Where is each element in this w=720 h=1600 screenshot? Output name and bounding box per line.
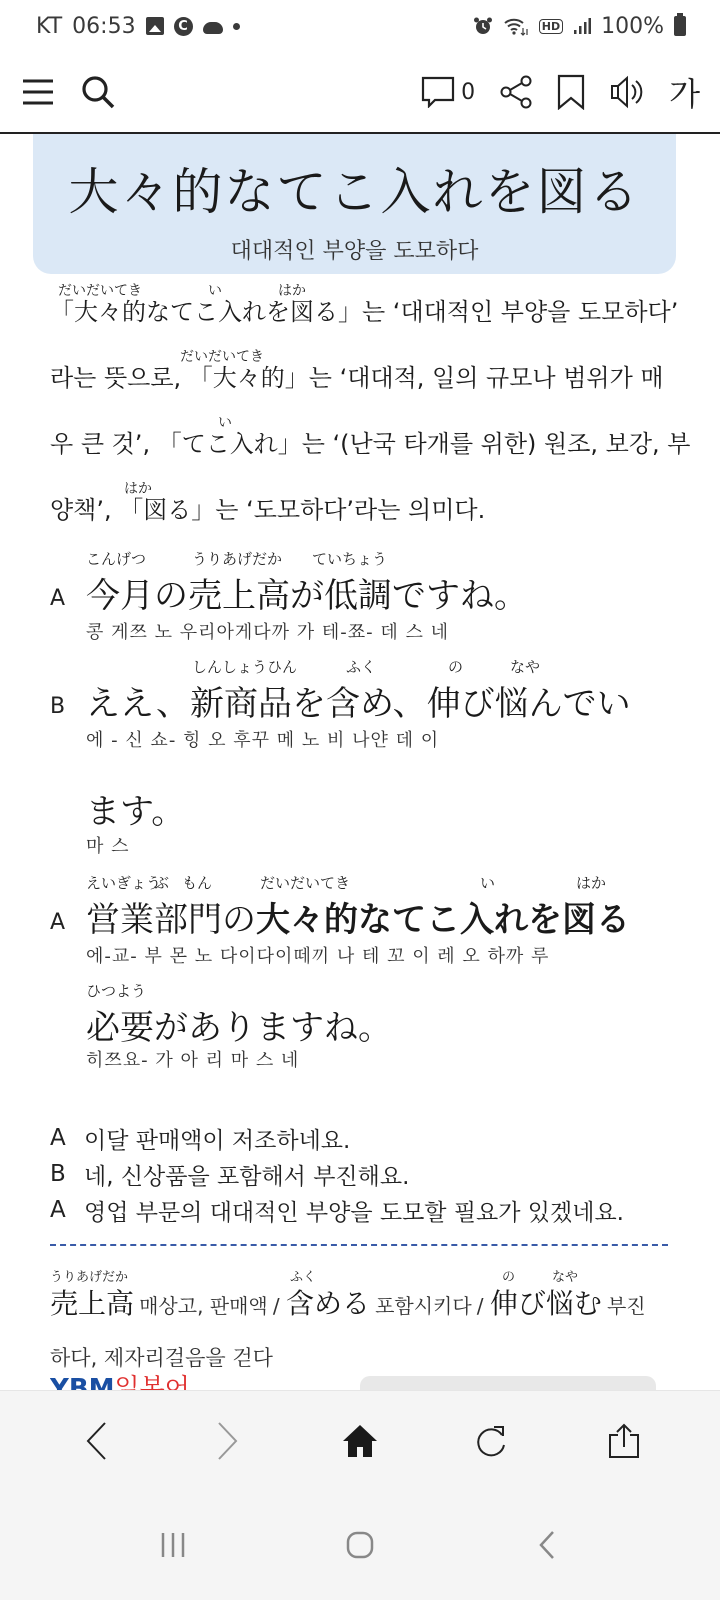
vocab-word: 伸び悩む	[490, 1287, 602, 1320]
vocab-separator: /	[273, 1294, 286, 1318]
hd-voice-icon: HD	[539, 19, 563, 34]
text-to-speech-button[interactable]	[609, 74, 645, 110]
dialog-translation: A 이달 판매액이 저조하네요. B 네, 신상품을 포함해서 부진해요. A …	[50, 1120, 680, 1228]
furigana: ていちょう	[312, 548, 387, 569]
battery-icon	[674, 16, 686, 36]
furigana: だいだいてき	[180, 350, 264, 364]
title-japanese: 大々的なてこ入れを図る	[33, 152, 676, 224]
japanese-sentence: 営業部門の大々的なてこ入れを図る	[86, 892, 630, 941]
intro-line: だいだいてき 라는 뜻으로, 「大々的」는 ‘대대적, 일의 규모나 범위가 매	[50, 346, 670, 412]
furigana: ふく	[346, 656, 376, 677]
translation-row: A 이달 판매액이 저조하네요.	[50, 1120, 680, 1156]
japanese-sentence: ます。	[86, 784, 185, 833]
intro-line: だいだいてき い はか 「大々的なてこ入れを図る」는 ‘대대적인 부양을 도모하…	[50, 280, 670, 346]
furigana: こんげつ	[86, 548, 146, 569]
speaker-label: B	[50, 1161, 84, 1187]
menu-button[interactable]	[22, 78, 54, 106]
furigana: はか	[124, 482, 152, 496]
more-notifications-dot-icon	[233, 23, 240, 30]
translation-text: 이달 판매액이 저조하네요.	[84, 1122, 350, 1155]
recent-apps-icon	[159, 1530, 187, 1560]
pronunciation: 콩 게쯔 노 우리아게다까 가 테-쬬- 데 스 네	[86, 618, 449, 644]
japanese-sentence: 今月の売上高が低調ですね。	[86, 568, 528, 617]
speaker-label: A	[50, 1197, 84, 1223]
japanese-sentence: ええ、新商品を含め、伸び悩んでい	[86, 676, 631, 725]
intro-text: 라는 뜻으로, 「大々的」는 ‘대대적, 일의 규모나 범위가 매	[50, 364, 664, 392]
carrier: KT	[36, 14, 62, 39]
furigana: だいだいてき	[58, 284, 142, 298]
clock: 06:53	[72, 14, 135, 39]
reload-icon	[476, 1423, 508, 1459]
dialog-turn: A えいぎょう ぶ もん だいだいてき い はか 営業部門の大々的なてこ入れを図…	[50, 872, 670, 1072]
japanese-sentence: 必要がありますね。	[86, 1000, 392, 1049]
chevron-right-icon	[217, 1421, 239, 1461]
alarm-icon	[473, 16, 493, 36]
dialog-turn: A こんげつ うりあげだか ていちょう 今月の売上高が低調ですね。 콩 게쯔 노…	[50, 548, 670, 648]
furigana: い	[480, 872, 495, 893]
vocabulary-section: うりあげだか ふく の なや 売上高 매상고, 판매액 / 含める 포함시키다 …	[50, 1262, 680, 1372]
intro-text: 양책’, 「図る」는 ‘도모하다’라는 의미다.	[50, 496, 485, 524]
comment-count: 0	[461, 80, 475, 105]
intro-text: 우 큰 것’, 「てこ入れ」는 ‘(난국 타개를 위한) 원조, 보강, 부	[50, 430, 690, 458]
intro-text: 「大々的なてこ入れを図る」는 ‘대대적인 부양을 도모하다’	[50, 298, 678, 326]
signal-icon	[573, 17, 591, 35]
speaker-label: B	[50, 694, 65, 719]
search-button[interactable]	[80, 74, 116, 110]
sentence-highlight: 大々的なてこ入れを図る	[256, 900, 630, 940]
system-back-icon	[538, 1530, 556, 1560]
furigana: しんしょうひん	[192, 656, 297, 677]
ybm-logo[interactable]: YBM일본어	[50, 1374, 190, 1390]
home-button[interactable]	[330, 1411, 390, 1471]
reload-button[interactable]	[462, 1411, 522, 1471]
share-icon	[499, 75, 533, 109]
dialog-turn: B しんしょうひん ふく の なや ええ、新商品を含め、伸び悩んでい 에 - 신…	[50, 656, 670, 856]
logo-text: 일본어	[115, 1374, 190, 1390]
vocab-meaning: 매상고, 판매액	[139, 1294, 268, 1318]
intro-paragraph: だいだいてき い はか 「大々的なてこ入れを図る」는 ‘대대적인 부양을 도모하…	[50, 280, 670, 544]
furigana: なや	[510, 656, 540, 677]
system-home-button[interactable]	[330, 1515, 390, 1575]
expression-title-card: 大々的なてこ入れを図る 대대적인 부양을 도모하다	[33, 134, 676, 274]
pronunciation: 에 - 신 쇼- 힝 오 후꾸 메 노 비 나얀 데 이	[86, 726, 439, 752]
share-button[interactable]	[499, 75, 533, 109]
chevron-left-icon	[85, 1421, 107, 1461]
font-size-button[interactable]: 가	[669, 69, 700, 115]
cloud-icon	[203, 22, 223, 34]
speaker-label: A	[50, 910, 65, 935]
logo-text: YBM	[50, 1374, 115, 1390]
intro-line: はか 양책’, 「図る」는 ‘도모하다’라는 의미다.	[50, 478, 670, 544]
furigana: はか	[576, 872, 606, 893]
bookmark-icon	[557, 74, 585, 110]
bookmark-button[interactable]	[557, 74, 585, 110]
translation-row: A 영업 부문의 대대적인 부양을 도모할 필요가 있겠네요.	[50, 1192, 680, 1228]
furigana: はか	[278, 284, 306, 298]
furigana: だいだいてき	[260, 872, 350, 893]
furigana: い	[208, 284, 222, 298]
intro-line: い 우 큰 것’, 「てこ入れ」는 ‘(난국 타개를 위한) 원조, 보강, 부	[50, 412, 670, 478]
furigana: い	[218, 416, 232, 430]
furigana: えいぎょう	[86, 872, 161, 893]
hamburger-menu-icon	[22, 78, 54, 106]
translation-row: B 네, 신상품을 포함해서 부진해요.	[50, 1156, 680, 1192]
system-back-button[interactable]	[517, 1515, 577, 1575]
speaker-label: A	[50, 1125, 84, 1151]
furigana: もん	[182, 872, 212, 893]
vocabulary-line: うりあげだか ふく の なや 売上高 매상고, 판매액 / 含める 포함시키다 …	[50, 1262, 680, 1322]
related-link-button[interactable]	[360, 1376, 656, 1390]
furigana: の	[502, 1266, 515, 1285]
app-notification-icon: C	[174, 17, 193, 36]
back-button[interactable]	[66, 1411, 126, 1471]
furigana: うりあげだか	[192, 548, 282, 569]
pronunciation: 에-교- 부 몬 노 다이다이떼끼 나 테 꼬 이 레 오 하까 루	[86, 942, 549, 968]
furigana: ひつよう	[86, 980, 146, 1001]
comments-button[interactable]: 0	[421, 76, 475, 108]
forward-button[interactable]	[198, 1411, 258, 1471]
sentence-plain: 営業部門の	[86, 900, 256, 940]
vocab-separator: /	[477, 1294, 490, 1318]
furigana: の	[448, 656, 463, 677]
battery-percent: 100%	[601, 14, 664, 39]
home-circle-icon	[345, 1530, 375, 1560]
vocab-meaning: 포함시키다	[375, 1294, 472, 1318]
article-toolbar: 0 가	[0, 52, 720, 134]
footer-peek: YBM일본어	[50, 1374, 670, 1390]
furigana: ぶ	[154, 872, 169, 893]
pronunciation: 히쯔요- 가 아 리 마 스 네	[86, 1046, 299, 1072]
vocab-meaning: 부진	[607, 1294, 646, 1318]
home-icon	[342, 1424, 378, 1458]
translation-text: 네, 신상품을 포함해서 부진해요.	[84, 1158, 409, 1191]
browser-toolbar	[0, 1390, 720, 1490]
furigana: ふく	[290, 1266, 316, 1285]
speaker-label: A	[50, 586, 65, 611]
comment-icon	[421, 76, 455, 108]
vocab-word: 売上高	[50, 1287, 134, 1320]
share-page-button[interactable]	[594, 1411, 654, 1471]
gallery-notification-icon	[146, 17, 164, 35]
vocab-word: 含める	[286, 1287, 370, 1320]
upload-share-icon	[608, 1423, 640, 1459]
title-korean: 대대적인 부양을 도모하다	[33, 234, 676, 265]
system-navigation-bar	[0, 1490, 720, 1600]
furigana: うりあげだか	[50, 1266, 128, 1285]
status-bar: KT 06:53 C HD 100%	[0, 0, 720, 52]
speaker-icon	[609, 74, 645, 110]
recent-apps-button[interactable]	[143, 1515, 203, 1575]
furigana: なや	[552, 1266, 578, 1285]
pronunciation: 마 스	[86, 832, 130, 858]
section-divider	[50, 1244, 668, 1246]
search-icon	[80, 74, 116, 110]
wifi-icon	[503, 16, 529, 36]
vocab-continuation: 하다, 제자리걸음을 걷다	[50, 1342, 680, 1372]
translation-text: 영업 부문의 대대적인 부양을 도모할 필요가 있겠네요.	[84, 1194, 624, 1227]
